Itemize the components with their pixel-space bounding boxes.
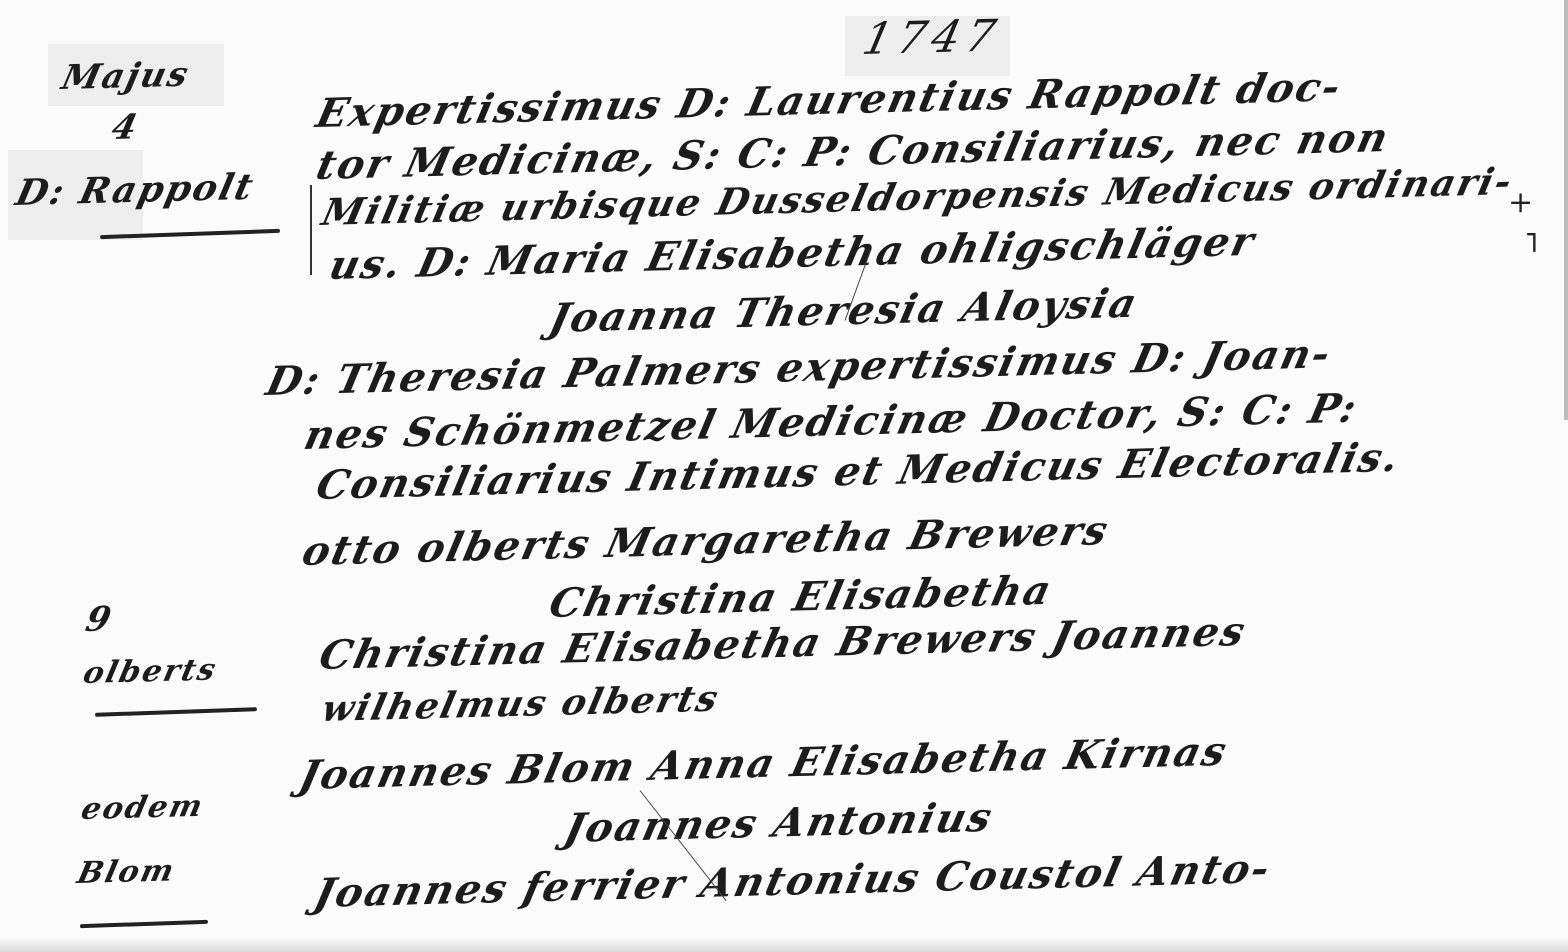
surname-2-underline [95, 707, 257, 717]
paragraph-mark: ⌐ [1515, 230, 1550, 255]
margin-surname-2: olberts [80, 653, 221, 691]
entry-1-child-name: Joanna Theresia Aloysia [545, 280, 1143, 342]
margin-surname-1: D: Rappolt [12, 166, 259, 214]
entry-3-godparents-1: Joannes ferrier Antonius Coustol Anto- [310, 845, 1276, 917]
surname-3-underline [80, 920, 208, 928]
margin-eodem: eodem [78, 789, 207, 827]
register-year: 1747 [858, 10, 1006, 65]
margin-day-1: 4 [108, 107, 143, 148]
margin-day-2: 9 [82, 599, 117, 640]
margin-month: Majus [58, 55, 194, 98]
entry-2-godparents-2: wilhelmus olberts [318, 678, 724, 730]
cross-mark: + [1508, 185, 1533, 220]
register-page: Majus 4 D: Rappolt 9 olberts eodem Blom … [0, 0, 1568, 952]
entry-3-parents: Joannes Blom Anna Elisabetha Kirnas [295, 728, 1232, 799]
cut-off-next-line [0, 938, 1568, 952]
margin-surname-3: Blom [74, 853, 179, 891]
entry-3-child-name: Joannes Antonius [560, 794, 998, 852]
entry-bracket [310, 185, 312, 275]
scan-edge [1564, 0, 1568, 420]
entry-2-parents: otto olberts Margaretha Brewers [298, 507, 1114, 575]
